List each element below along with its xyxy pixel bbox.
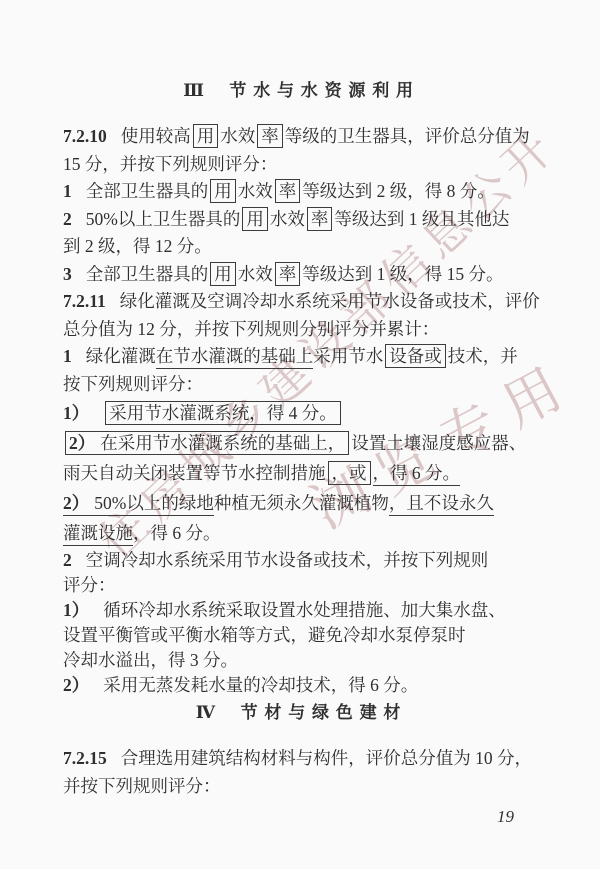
text-segment: 3: [63, 264, 72, 284]
text-segment: 等级的卫生器具，评价总分值为: [285, 126, 530, 146]
text-segment: 用: [193, 124, 219, 148]
text-segment: 并按下列规则评分：: [63, 776, 221, 796]
text-segment: ，得 6 分。: [373, 463, 461, 486]
clause-7211-item2-sub1-line1: 1）循环冷却水系统采取设置水处理措施、加大集水盘、: [63, 598, 540, 623]
text-segment: 15 分，并按下列规则评分：: [63, 154, 277, 174]
text-segment: 到 2 级，得 12 分。: [63, 236, 212, 256]
clause-7211-item1-line2: 按下列规则评分：: [63, 371, 540, 399]
text-segment: 采用无蒸发耗水量的冷却技术，得 6 分。: [103, 675, 418, 695]
page-number: 19: [63, 807, 540, 827]
section-numeral: Ⅳ: [196, 703, 215, 722]
text-segment: 7.2.11: [63, 291, 106, 311]
clause-7210-item2-line1: 250%以上卫生器具的用水效率等级达到 1 级且其他达: [63, 206, 540, 234]
text-segment: 水效: [270, 209, 305, 229]
text-segment: 等级达到 2 级，得 8 分。: [302, 181, 495, 201]
text-segment: 冷却水溢出，得 3 分。: [63, 650, 238, 670]
text-segment: 7.2.15: [63, 748, 107, 768]
clause-7211-line1: 7.2.11绿化灌溉及空调冷却水系统采用节水设备或技术，评价: [63, 288, 540, 316]
text-segment: 2: [63, 550, 72, 570]
text-segment: 率: [275, 179, 301, 203]
text-segment: 技术，并: [448, 346, 518, 366]
text-segment: 使用较高: [121, 126, 191, 146]
text-segment: 设置平衡管或平衡水箱等方式，避免冷却水泵停泵时: [63, 625, 466, 645]
text-segment: 合理选用建筑结构材料与构件，评价总分值为 10 分，: [121, 748, 532, 768]
text-segment: 2）: [63, 493, 89, 513]
clause-7210-item2-line2: 到 2 级，得 12 分。: [63, 233, 540, 261]
clause-7211-item2-line1: 2空调冷却水系统采用节水设备或技术，并按下列规则: [63, 548, 540, 573]
text-segment: 2）: [69, 433, 95, 453]
text-segment: 率: [257, 124, 283, 148]
section-title: 节水与水资源利用: [229, 81, 419, 100]
clause-7211-item2-sub2: 2）采用无蒸发耗水量的冷却技术，得 6 分。: [63, 673, 540, 698]
document-page: 住房城乡建设部信息公开 浏览专用 Ⅲ节水与水资源利用 7.2.10使用较高用水效…: [0, 0, 600, 869]
text-segment: 水效: [238, 181, 273, 201]
text-segment: 2: [63, 209, 72, 229]
text-segment: 灌溉设施: [63, 523, 133, 546]
text-segment: 用: [210, 262, 236, 286]
clause-7211-sub2rev-line2: 灌溉设施，得 6 分。: [63, 518, 540, 548]
text-segment: 空调冷却水系统采用节水设备或技术，并按下列规则: [86, 550, 489, 570]
text-segment: 率: [307, 207, 333, 231]
clause-7211-item2-line2: 评分：: [63, 573, 540, 598]
text-segment: 采用节水: [313, 346, 383, 366]
text-segment: ，得 6 分。: [133, 523, 221, 543]
section-title: 节材与绿色建材: [241, 703, 408, 722]
text-segment: 全部卫生器具的: [86, 181, 209, 201]
text-segment: 用: [242, 207, 268, 231]
text-segment: 设置土壤湿度感应器、: [351, 433, 526, 453]
text-segment: 用: [210, 179, 236, 203]
text-segment: 等级达到 1 级且其他达: [334, 209, 509, 229]
clause-7210-item3: 3全部卫生器具的用水效率等级达到 1 级，得 15 分。: [63, 261, 540, 289]
text-segment: 在采用节水灌溉系统的基础上，: [100, 433, 345, 453]
clause-7211-sub2-line1: 2）在采用节水灌溉系统的基础上，设置土壤湿度感应器、: [63, 428, 540, 458]
text-segment: 总分值为 12 分，并按下列规则分别评分并累计：: [63, 319, 439, 339]
text-segment: 全部卫生器具的: [86, 264, 209, 284]
text-segment: 1）: [63, 403, 89, 423]
text-segment: 在节水灌溉的基础上: [156, 346, 314, 369]
clause-7215-line1: 7.2.15合理选用建筑结构材料与构件，评价总分值为 10 分，: [63, 745, 540, 773]
clause-7211-sub2rev-line1: 2）50%以上的绿地种植无须永久灌溉植物，且不设永久: [63, 488, 540, 518]
text-segment: 按下列规则评分：: [63, 374, 203, 394]
text-segment: 水效: [238, 264, 273, 284]
text-segment: 采用节水灌溉系统，得 4 分。: [105, 401, 341, 425]
clause-7211-line2: 总分值为 12 分，并按下列规则分别评分并累计：: [63, 316, 540, 344]
text-segment: 水效: [220, 126, 255, 146]
text-segment: 1）: [63, 600, 89, 620]
text-segment: 50%以上的绿地: [94, 493, 214, 513]
text-segment: ，且不设永久: [389, 493, 494, 516]
section-heading-4: Ⅳ节材与绿色建材: [63, 698, 540, 723]
text-segment: 种植无须永久灌溉植物: [214, 493, 389, 513]
clause-7211-sub1: 1）采用节水灌溉系统，得 4 分。: [63, 398, 540, 428]
page-content: Ⅲ节水与水资源利用 7.2.10使用较高用水效率等级的卫生器具，评价总分值为 1…: [63, 76, 540, 827]
text-segment: 雨天自动关闭装置等节水控制措施: [63, 463, 326, 483]
clause-7211-item1-line1: 1绿化灌溉在节水灌溉的基础上采用节水设备或技术，并: [63, 343, 540, 371]
text-segment: 评分：: [63, 575, 116, 595]
text-segment: 2）50%以上的绿地: [63, 493, 214, 516]
text-segment: 绿化灌溉及空调冷却水系统采用节水设备或技术，评价: [120, 291, 540, 311]
text-segment: 50%以上卫生器具的: [86, 209, 241, 229]
text-segment: ，或: [328, 461, 371, 485]
clause-7215-line2: 并按下列规则评分：: [63, 773, 540, 801]
section-numeral: Ⅲ: [183, 81, 204, 100]
text-segment: 率: [275, 262, 301, 286]
text-segment: 循环冷却水系统采取设置水处理措施、加大集水盘、: [103, 600, 506, 620]
text-segment: 7.2.10: [63, 126, 107, 146]
text-segment: 绿化灌溉: [86, 346, 156, 366]
clause-7210-line1: 7.2.10使用较高用水效率等级的卫生器具，评价总分值为: [63, 123, 540, 151]
section-heading-3: Ⅲ节水与水资源利用: [63, 76, 540, 101]
text-segment: 设备或: [385, 344, 446, 368]
text-segment: 2）: [63, 675, 89, 695]
clause-7210-line2: 15 分，并按下列规则评分：: [63, 151, 540, 179]
text-segment: 等级达到 1 级，得 15 分。: [302, 264, 503, 284]
text-segment: 2）在采用节水灌溉系统的基础上，: [65, 431, 349, 455]
clause-7210-item1: 1全部卫生器具的用水效率等级达到 2 级，得 8 分。: [63, 178, 540, 206]
clause-7211-item2-sub1-line3: 冷却水溢出，得 3 分。: [63, 648, 540, 673]
clause-7211-item2-sub1-line2: 设置平衡管或平衡水箱等方式，避免冷却水泵停泵时: [63, 623, 540, 648]
clause-7211-sub2-line2: 雨天自动关闭装置等节水控制措施，或，得 6 分。: [63, 458, 540, 488]
text-segment: 1: [63, 346, 72, 366]
text-segment: 1: [63, 181, 72, 201]
